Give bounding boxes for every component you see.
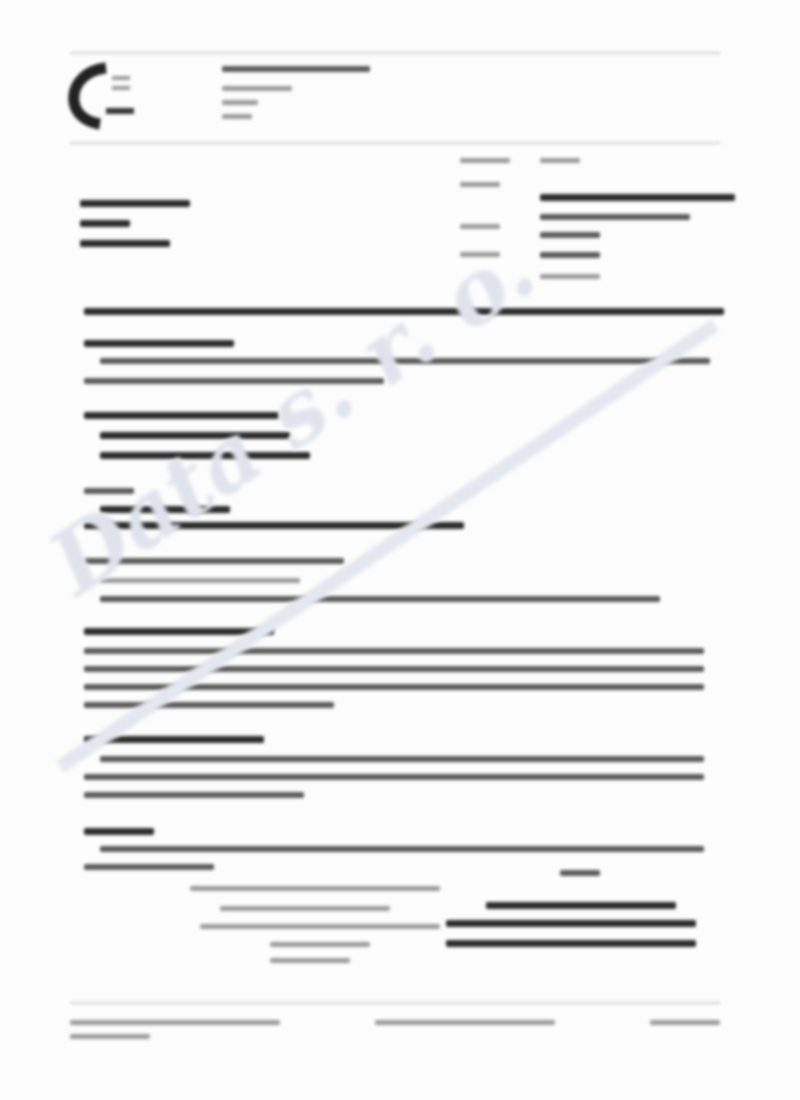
recipient-address (80, 200, 190, 207)
signatory-title (446, 920, 696, 927)
signatory-name (486, 902, 676, 909)
footer-text (70, 1020, 280, 1025)
footer-text (650, 1020, 720, 1025)
paragraph-line (100, 756, 704, 762)
footer-text (375, 1020, 555, 1025)
paragraph-line (84, 648, 704, 654)
footer-rule (70, 1002, 720, 1004)
section-heading (84, 340, 234, 347)
top-rule (70, 52, 720, 54)
company-logo-icon (66, 62, 136, 132)
reference-block (460, 158, 510, 163)
letterhead-company-name (222, 66, 370, 72)
paragraph-line (100, 846, 704, 852)
company-stamp (190, 886, 440, 891)
signature-mark (560, 870, 600, 876)
section-heading (84, 828, 154, 835)
